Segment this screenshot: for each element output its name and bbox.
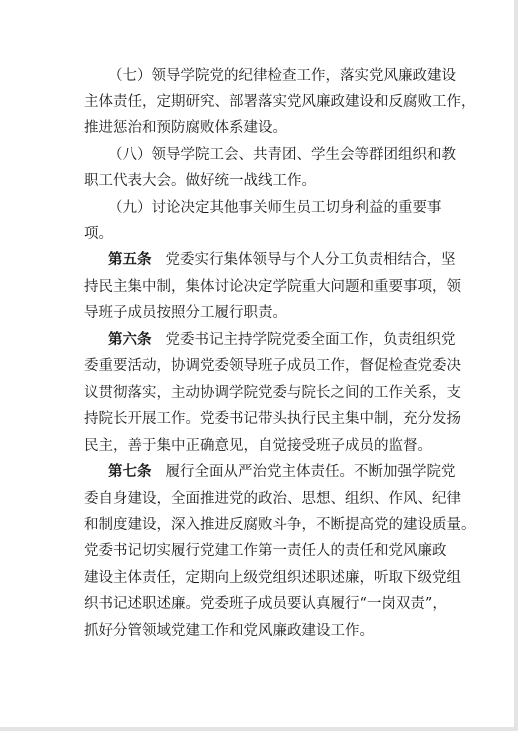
paragraph-line: 抓好分管领域党建工作和党风廉政建设工作。 bbox=[84, 621, 432, 641]
paragraph-line: 民主，善于集中正确意见，自觉接受班子成员的监督。 bbox=[84, 436, 432, 456]
article-label: 第七条 bbox=[108, 464, 152, 480]
paragraph-line: 议贯彻落实，主动协调学院党委与院长之间的工作关系，支 bbox=[84, 383, 432, 403]
article-6-first-line: 第六条党委书记主持学院党委全面工作，负责组织党 bbox=[108, 330, 432, 350]
paragraph-line: 推进惩治和预防腐败体系建设。 bbox=[84, 118, 432, 138]
paragraph-line: 委重要活动，协调党委领导班子成员工作，督促检查党委决 bbox=[84, 356, 432, 376]
article-text: 履行全面从严治党主体责任。不断加强学院党 bbox=[166, 464, 456, 480]
paragraph-line: 委自身建设，全面推进党的政治、思想、组织、作风、纪律 bbox=[84, 489, 432, 509]
document-page: （七）领导学院党的纪律检查工作，落实党风廉政建设 主体责任，定期研究、部署落实党… bbox=[0, 0, 514, 727]
paragraph-line: 党委书记切实履行党建工作第一责任人的责任和党风廉政 bbox=[84, 541, 432, 561]
paragraph-line: 项。 bbox=[84, 224, 432, 244]
paragraph-line: 持院长开展工作。党委书记带头执行民主集中制，充分发扬 bbox=[84, 409, 432, 429]
article-7-first-line: 第七条履行全面从严治党主体责任。不断加强学院党 bbox=[108, 462, 432, 482]
article-5-first-line: 第五条党委实行集体领导与个人分工负责相结合，坚 bbox=[108, 250, 432, 270]
paragraph-line: 持民主集中制，集体讨论决定学院重大问题和重要事项，领 bbox=[84, 277, 432, 297]
article-label: 第五条 bbox=[108, 252, 152, 268]
paragraph-line: 建设主体责任，定期向上级党组织述职述廉，听取下级党组 bbox=[84, 568, 432, 588]
article-text: 党委书记主持学院党委全面工作，负责组织党 bbox=[166, 332, 456, 348]
article-label: 第六条 bbox=[108, 332, 152, 348]
paragraph-line: （七）领导学院党的纪律检查工作，落实党风廉政建设 bbox=[108, 66, 432, 86]
paragraph-line: （八）领导学院工会、共青团、学生会等群团组织和教 bbox=[108, 145, 432, 165]
article-text: 党委实行集体领导与个人分工负责相结合，坚 bbox=[166, 252, 456, 268]
paragraph-line: 主体责任，定期研究、部署落实党风廉政建设和反腐败工作， bbox=[84, 92, 432, 112]
paragraph-line: 织书记述职述廉。党委班子成员要认真履行“一岗双责”， bbox=[84, 594, 432, 614]
paragraph-line: 和制度建设，深入推进反腐败斗争，不断提高党的建设质量。 bbox=[84, 515, 432, 535]
paragraph-line: 职工代表大会。做好统一战线工作。 bbox=[84, 171, 432, 191]
paragraph-line: 导班子成员按照分工履行职责。 bbox=[84, 303, 432, 323]
paragraph-line: （九）讨论决定其他事关师生员工切身利益的重要事 bbox=[108, 198, 432, 218]
